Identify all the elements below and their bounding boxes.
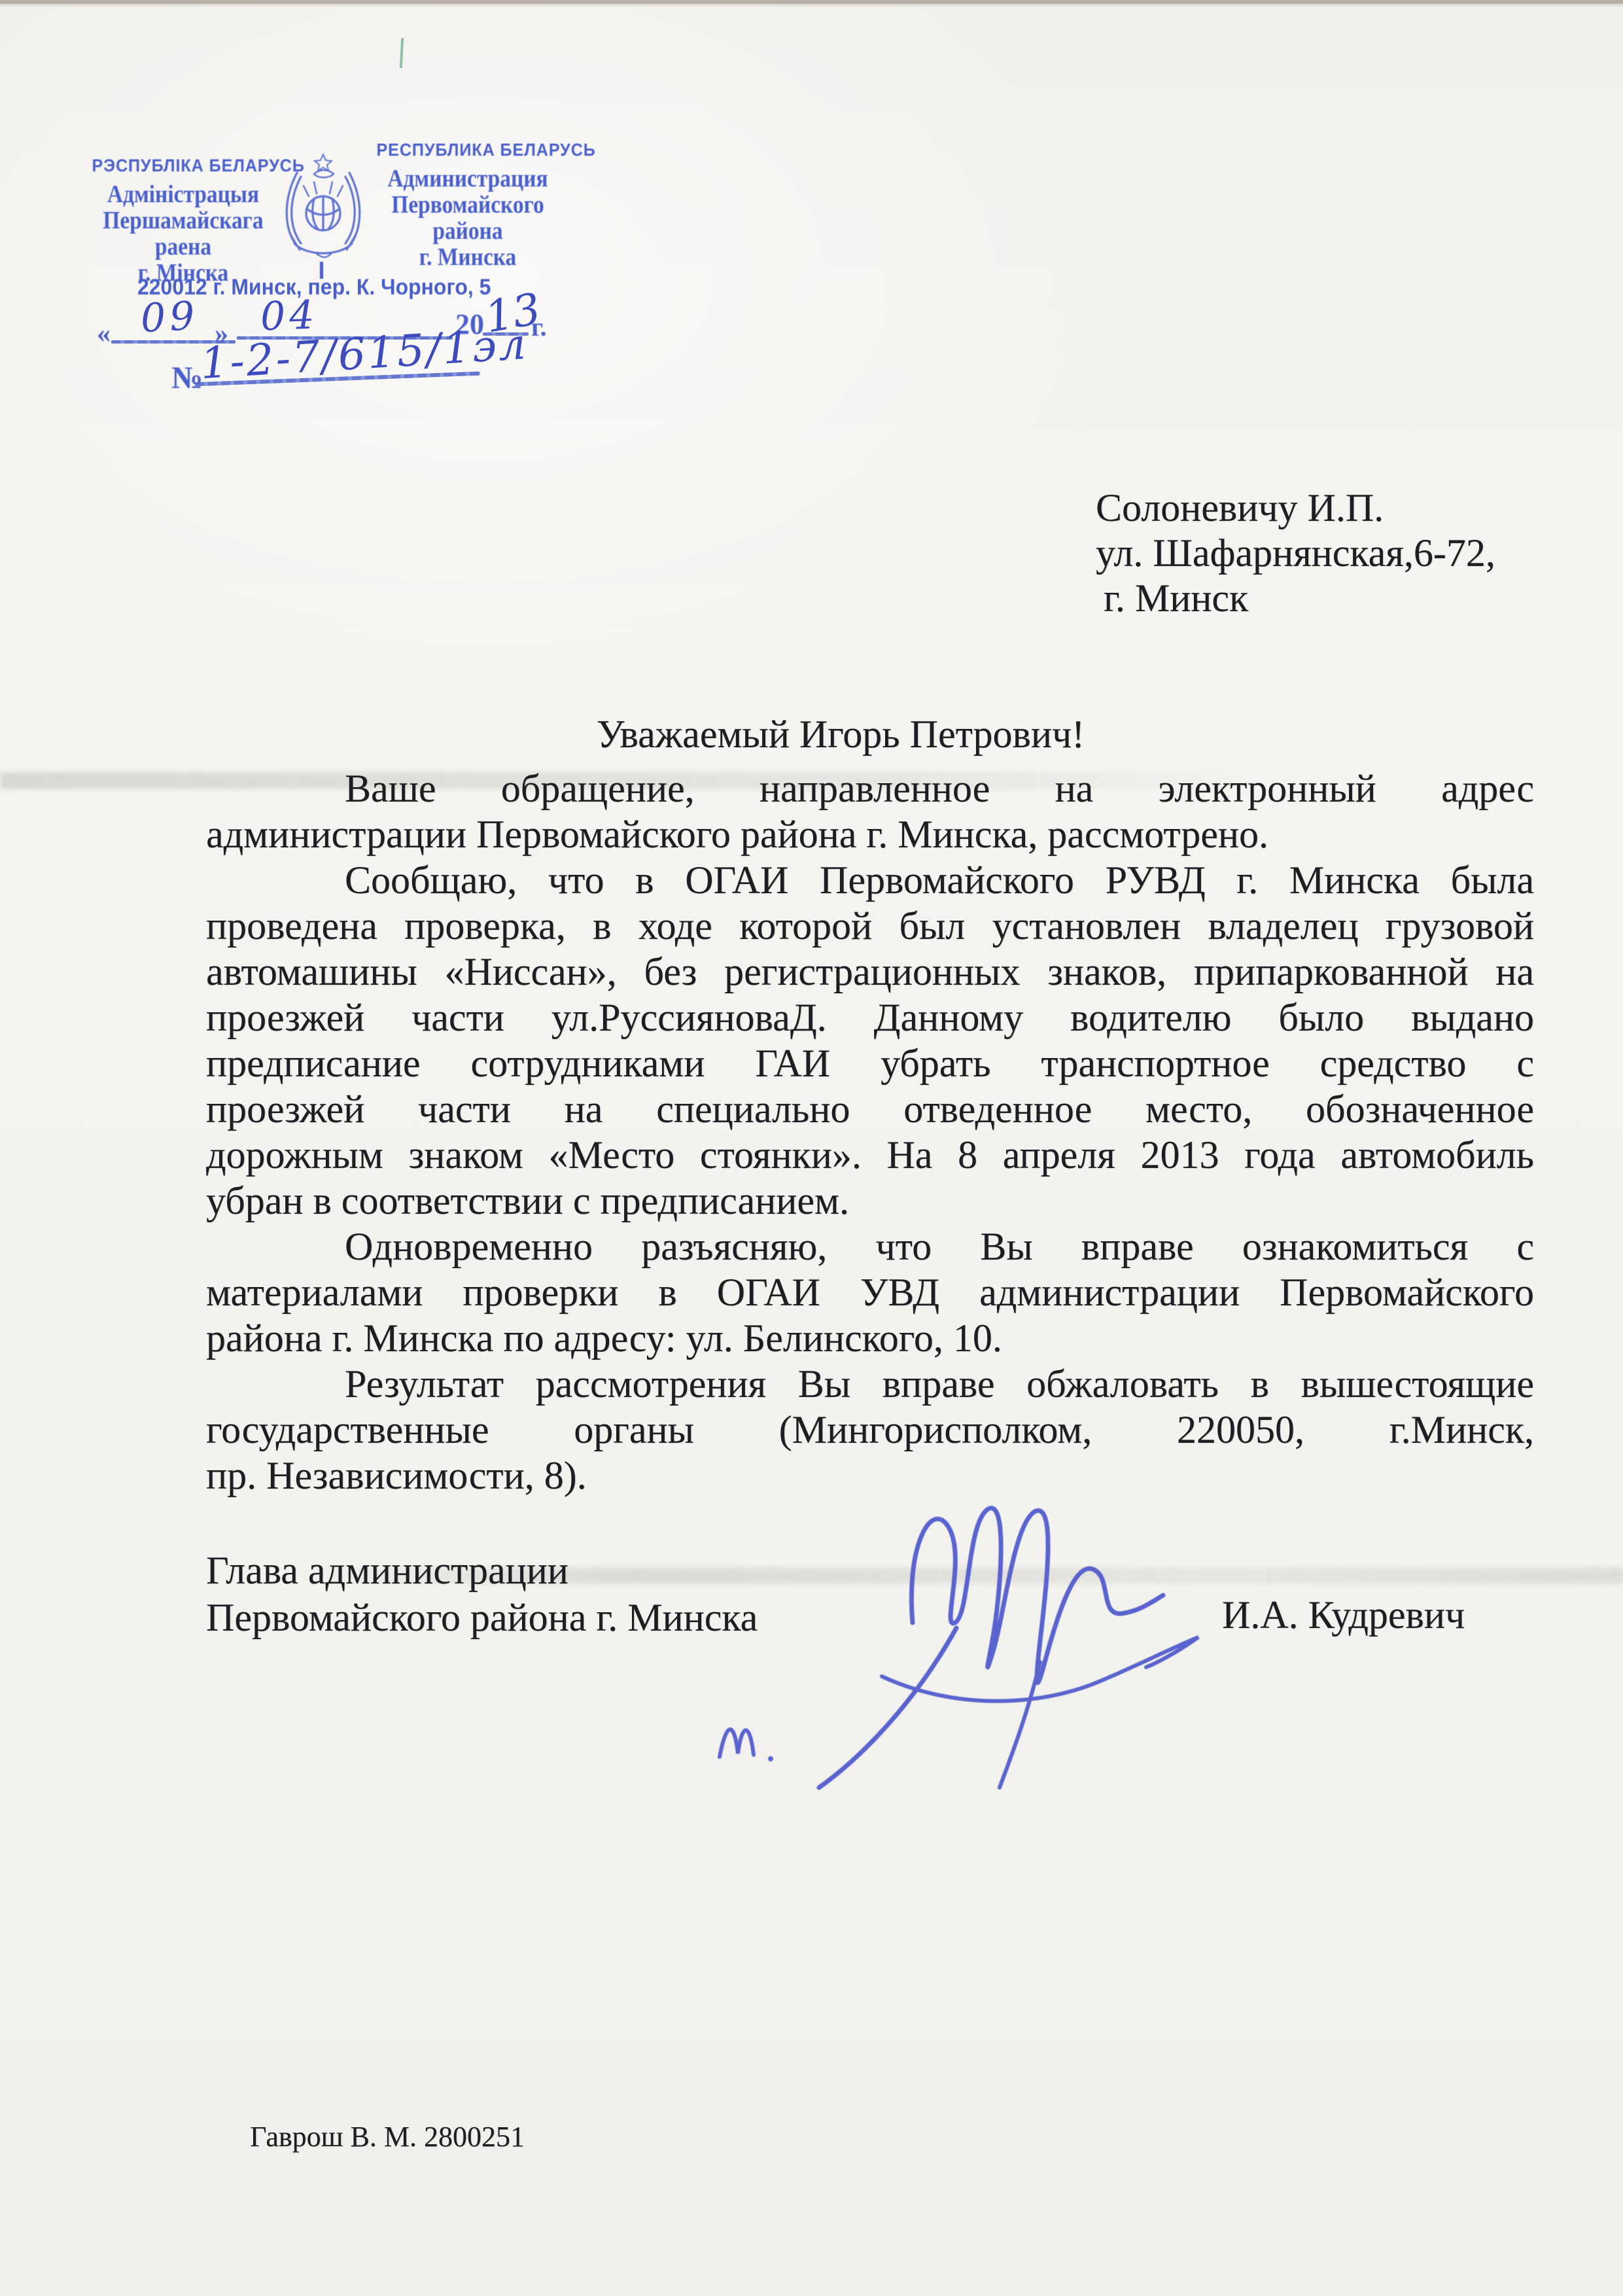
letter-line: предписание сотрудниками ГАИ убрать тран… [206, 1040, 1534, 1086]
letter-line: проезжей части ул.РуссияноваД. Данному в… [206, 995, 1534, 1040]
org-line: раена [97, 234, 270, 260]
letter-line: Одновременно разъясняю, что Вы вправе оз… [206, 1224, 1534, 1269]
handwritten-signature-icon [674, 1466, 1223, 1806]
date-year-unit: г. [531, 311, 547, 342]
country-name-russian: РЕСПУБЛИКА БЕЛАРУСЬ [377, 140, 559, 160]
letter-line: убран в соответствии с предписанием. [206, 1178, 1534, 1224]
letterhead-left-column: РЭСПУБЛІКА БЕЛАРУСЬ Адміністрацыя Першам… [85, 156, 281, 286]
letter-line: района г. Минска по адресу: ул. Белинско… [206, 1315, 1534, 1361]
org-line: г. Минска [381, 244, 554, 270]
letter-line: проезжей части на специально отведенное … [206, 1086, 1534, 1132]
recipient-city: г. Минск [1096, 576, 1495, 621]
org-line: Адміністрацыя [97, 181, 270, 207]
scanned-letter-page: РЭСПУБЛІКА БЕЛАРУСЬ Адміністрацыя Першам… [0, 0, 1623, 2296]
letter-line: проведена проверка, в ходе которой был у… [206, 903, 1534, 949]
date-day-handwritten: 09 [139, 293, 200, 342]
letter-line: Ваше обращение, направленное на электрон… [206, 766, 1534, 811]
signer-name: И.А. Кудревич [1222, 1593, 1465, 1638]
country-name-belarusian: РЭСПУБЛІКА БЕЛАРУСЬ [92, 156, 275, 176]
letter-line: государственные органы (Мингорисполком, … [206, 1407, 1534, 1453]
org-line: района [381, 218, 554, 244]
scan-fleck-artifact [400, 38, 404, 68]
recipient-street: ул. Шафарнянская,6-72, [1096, 531, 1495, 576]
recipient-name: Солоневичу И.П. [1096, 486, 1495, 531]
letter-line: администрации Первомайского района г. Ми… [206, 811, 1534, 857]
belarus-coat-of-arms-icon [277, 150, 369, 260]
scan-edge-artifact-soft [0, 4, 1623, 7]
org-line: Первомайского [381, 192, 554, 218]
salutation: Уважаемый Игорь Петрович! [206, 712, 1475, 757]
letter-line: материалами проверки в ОГАИ УВД админист… [206, 1269, 1534, 1315]
recipient-block: Солоневичу И.П. ул. Шафарнянская,6-72, г… [1096, 486, 1495, 621]
letter-line: автомашины «Ниссан», без регистрационных… [206, 949, 1534, 995]
letter-line: Результат рассмотрения Вы вправе обжалов… [206, 1361, 1534, 1407]
signer-title-line: Глава администрации [206, 1548, 568, 1593]
letterhead-right-column: РЕСПУБЛИКА БЕЛАРУСЬ Администрация Первом… [370, 140, 566, 270]
date-open-quote: « [97, 318, 111, 349]
executor-note: Гаврош В. М. 2800251 [250, 2120, 525, 2153]
org-line: Першамайскага [97, 207, 270, 234]
ref-number-label: № [171, 360, 203, 396]
org-line: Администрация [381, 166, 554, 192]
letter-line: Сообщаю, что в ОГАИ Первомайского РУВД г… [206, 857, 1534, 903]
letter-line: дорожным знаком «Место стоянки». На 8 ап… [206, 1132, 1534, 1178]
